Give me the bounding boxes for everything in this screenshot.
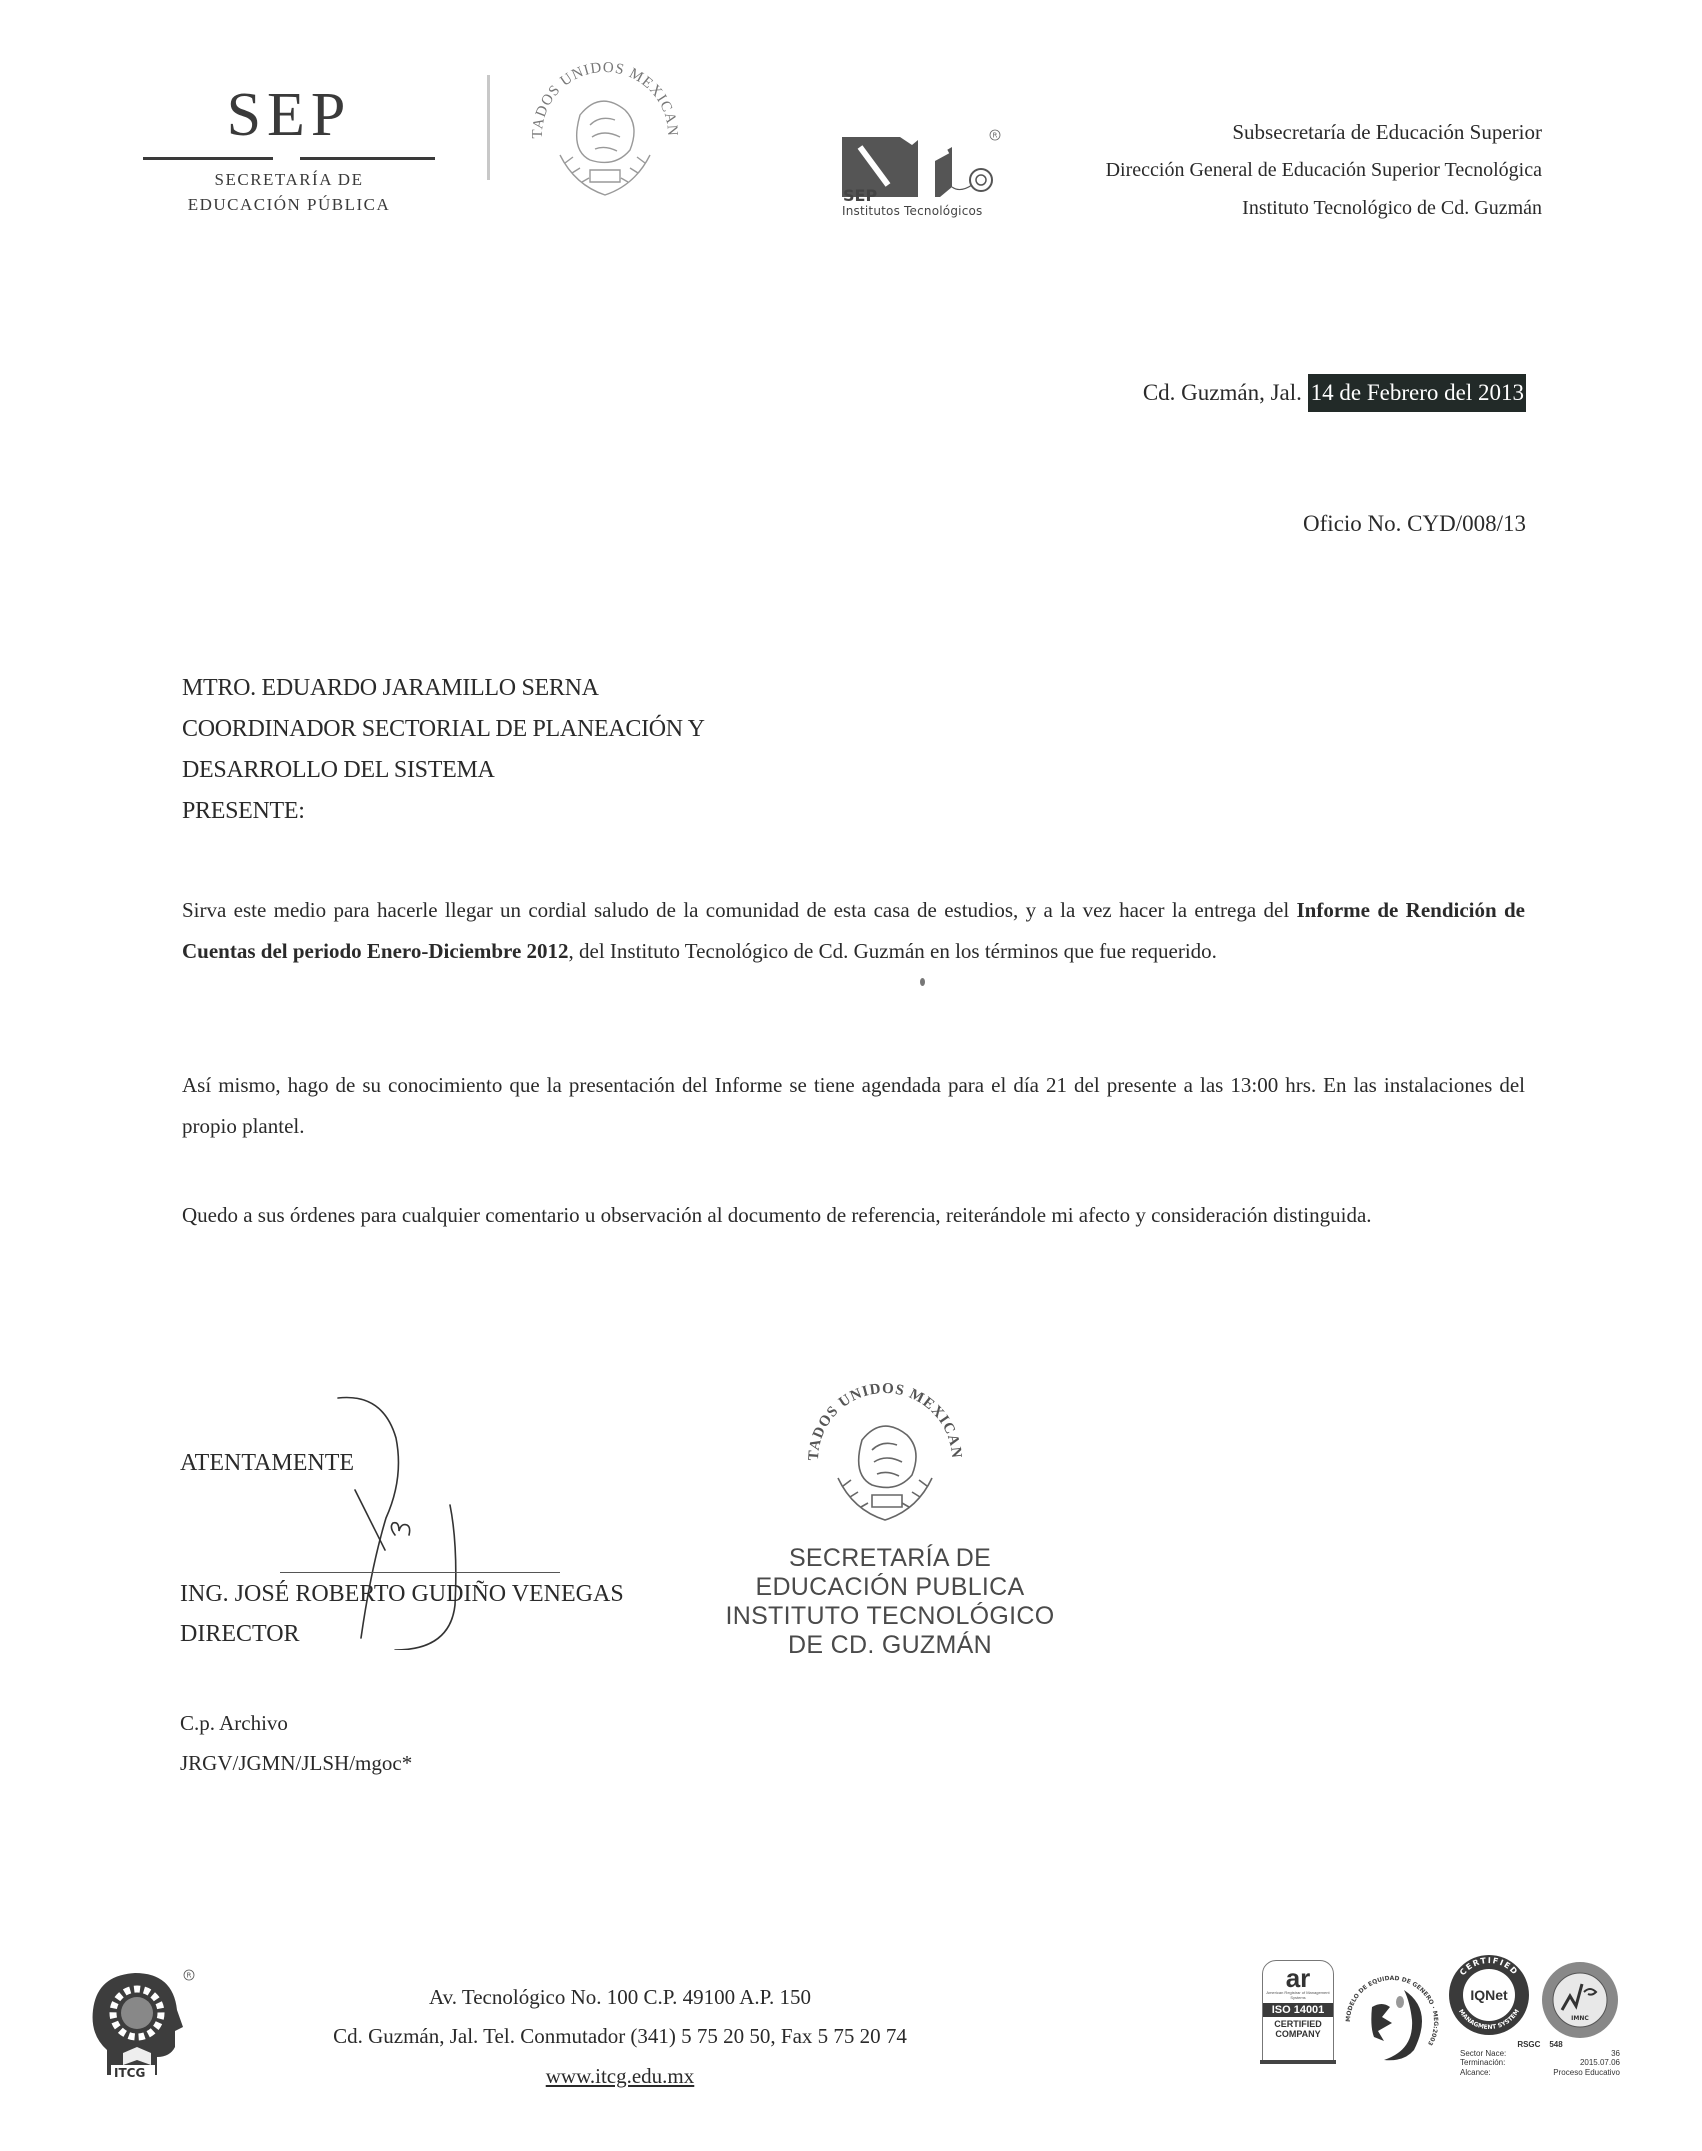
rsgc-value: 36 [1611,2049,1620,2058]
rsgc-certification-details: RSGC 548 Sector Nace: 36 Terminación: 20… [1460,2040,1620,2077]
rsgc-value: Proceso Educativo [1553,2068,1620,2077]
footer-contact: Cd. Guzmán, Jal. Tel. Conmutador (341) 5… [60,2026,1180,2047]
body-paragraph-2: Así mismo, hago de su conocimiento que l… [182,1065,1525,1147]
scan-speck [920,978,925,986]
ar-logo-icon: ar [1263,1965,1333,1991]
addressee-name: MTRO. EDUARDO JARAMILLO SERNA [182,676,599,700]
body-paragraph-1: Sirva este medio para hacerle llegar un … [182,890,1525,972]
svg-text:ESTADOS UNIDOS MEXICANOS: ESTADOS UNIDOS MEXICANOS [520,45,680,139]
oficio-number: Oficio No. CYD/008/13 [1303,512,1526,535]
sep-logo-rule-left [143,157,273,160]
stamp-line-4: DE CD. GUZMÁN [720,1633,1060,1658]
equidad-de-genero-seal-icon: MODELO DE EQUIDAD DE GENERO · MEG:2003 [1342,1972,1442,2072]
mexican-coat-of-arms-icon: ESTADOS UNIDOS MEXICANOS [520,45,690,215]
rsgc-value: 2015.07.06 [1580,2058,1620,2067]
reference-initials: JRGV/JGMN/JLSH/mgoc* [180,1753,412,1774]
iso-certified-label: CERTIFIED [1263,2019,1333,2029]
footer-website-link[interactable]: www.itcg.edu.mx [546,2064,695,2088]
sep-logo-rule-right [300,157,435,160]
svg-text:MODELO DE EQUIDAD DE GENERO ·: MODELO DE EQUIDAD DE GENERO · MEG:2003 [1345,1975,1439,2047]
letter-date-line: Cd. Guzmán, Jal. 14 de Febrero del 2013 [1143,381,1526,404]
stamp-line-1: SECRETARÍA DE [720,1546,1060,1571]
rsgc-row: Terminación: 2015.07.06 [1460,2058,1620,2067]
cc-archivo: C.p. Archivo [180,1713,288,1734]
rsgc-label: RSGC [1517,2040,1540,2049]
body-paragraph-3: Quedo a sus órdenes para cualquier comen… [182,1195,1525,1236]
signer-name: ING. JOSÉ ROBERTO GUDIÑO VENEGAS [180,1582,624,1606]
sep-logo-subtitle-1: SECRETARÍA DE [143,171,435,188]
paragraph-1-text-start: Sirva este medio para hacerle llegar un … [182,898,1297,922]
iqnet-certified-seal-icon: CERTIFIED MANAGMENT SYSTEM IQNet [1447,1953,1531,2037]
iso-standard: ISO 14001 [1263,2003,1333,2017]
paragraph-1-text-end: , del Instituto Tecnológico de Cd. Guzmá… [569,939,1217,963]
svg-text:R: R [993,132,998,140]
iso-registrar-name: American Registrar of Management Systems [1263,1991,1333,2001]
rsgc-number: 548 [1549,2040,1562,2049]
it-logo-sep: SEP [843,186,877,205]
iso-badge-bar [1260,2060,1336,2064]
svg-text:IQNet: IQNet [1470,1987,1508,2003]
svg-text:ESTADOS UNIDOS MEXICANOS: ESTADOS UNIDOS MEXICANOS [800,1368,964,1461]
sep-logo-wordmark: SEP [143,84,435,146]
imnc-certification-seal-icon: IMNC [1540,1960,1620,2040]
official-stamp-seal-icon: ESTADOS UNIDOS MEXICANOS [800,1368,970,1538]
handwritten-signature-icon [300,1390,600,1650]
iso-company-label: COMPANY [1263,2029,1333,2039]
rsgc-key: Terminación: [1460,2058,1505,2067]
addressee-title-2: DESARROLLO DEL SISTEMA [182,758,495,782]
svg-text:IMNC: IMNC [1571,2015,1589,2022]
rsgc-key: Sector Nace: [1460,2049,1506,2058]
letter-date-highlighted: 14 de Febrero del 2013 [1308,374,1526,412]
it-logo-label: Institutos Tecnológicos [842,204,983,218]
letter-place: Cd. Guzmán, Jal. [1143,380,1302,405]
signature-line [280,1572,560,1573]
header-subsecretaria: Subsecretaría de Educación Superior [1232,122,1542,143]
addressee-presente: PRESENTE: [182,799,305,823]
header-divider [487,75,490,180]
header-direccion-general: Dirección General de Educación Superior … [1106,160,1542,180]
addressee-title-1: COORDINADOR SECTORIAL DE PLANEACIÓN Y [182,717,705,741]
signer-title: DIRECTOR [180,1622,300,1646]
rsgc-key: Alcance: [1460,2068,1491,2077]
stamp-line-3: INSTITUTO TECNOLÓGICO [720,1604,1060,1629]
footer-address: Av. Tecnológico No. 100 C.P. 49100 A.P. … [60,1987,1180,2008]
rsgc-row: Alcance: Proceso Educativo [1460,2068,1620,2077]
svg-text:R: R [187,1972,192,1980]
header-instituto: Instituto Tecnológico de Cd. Guzmán [1242,198,1542,218]
iso-14001-badge: ar American Registrar of Management Syst… [1262,1960,1334,2062]
stamp-line-2: EDUCACIÓN PUBLICA [720,1575,1060,1600]
footer-website-row: www.itcg.edu.mx [60,2066,1180,2087]
sep-logo-subtitle-2: EDUCACIÓN PÚBLICA [143,196,435,213]
rsgc-row: Sector Nace: 36 [1460,2049,1620,2058]
rsgc-header: RSGC 548 [1460,2040,1620,2049]
